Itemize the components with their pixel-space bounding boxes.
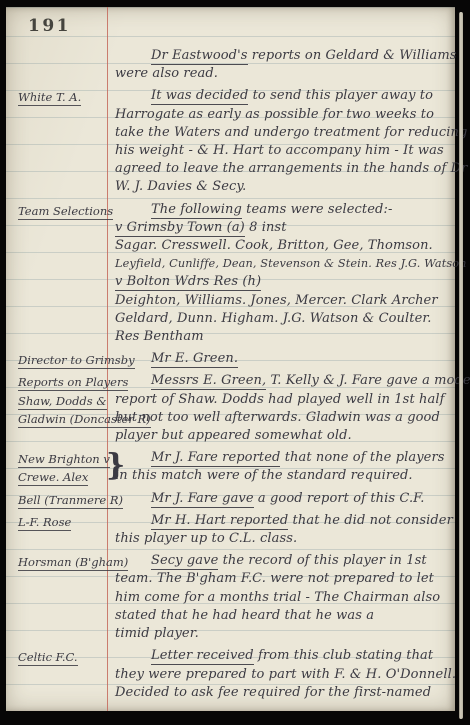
minute-entry: Bell (Tranmere R)Mr J. Fare gave a good … [6,490,455,508]
underlined-phrase: It was decided [151,88,248,105]
line-text: that he did not consider [288,513,453,528]
margin-label-line: Celtic F.C. [18,648,114,666]
underlined-phrase: Secy gave [151,553,218,570]
margin-label-text: Celtic F.C. [18,650,78,666]
handwritten-line: Dr Eastwood's reports on Geldard & Willi… [115,47,451,65]
entry-lines: Mr E. Green. [115,350,451,368]
handwritten-line: were also read. [115,65,451,83]
underlined-phrase: Letter received [151,648,254,665]
minute-entry: Team SelectionsThe following teams were … [6,201,455,347]
line-text: in this match were of the standard requi… [115,468,413,483]
margin-label-line: Team Selections [18,202,114,220]
handwritten-line: take the Waters and undergo treatment fo… [115,124,451,142]
handwritten-line: his weight - & H. Hart to accompany him … [115,142,451,160]
handwritten-line: Leyfield, Cunliffe, Dean, Stevenson & St… [115,255,451,273]
underlined-phrase: Mr H. Hart reported [151,513,288,530]
handwritten-line: v Bolton Wdrs Res (h) [115,273,451,291]
handwritten-line: Mr H. Hart reported that he did not cons… [115,512,451,530]
entry-lines: It was decided to send this player away … [115,87,451,196]
margin-label-line: Bell (Tranmere R) [18,491,114,509]
handwritten-line: him come for a months trial - The Chairm… [115,589,451,607]
margin-label-line: Shaw, Dodds & [18,392,114,410]
underlined-phrase: Mr E. Green. [151,351,238,368]
margin-label-line: New Brighton v [18,450,114,468]
page-number: 191 [28,16,71,36]
margin-label-text: Horsman (B'gham) [18,555,128,571]
handwritten-line: Mr E. Green. [115,350,451,368]
minutes-content: Dr Eastwood's reports on Geldard & Willi… [6,47,455,706]
line-text: stated that he had heard that he was a [115,608,374,623]
handwritten-line: agreed to leave the arrangements in the … [115,160,451,178]
ledger-page: 191 Dr Eastwood's reports on Geldard & W… [6,7,455,711]
margin-label-line: Reports on Players [18,373,114,391]
underlined-phrase: v Grimsby Town (a) [115,220,245,237]
line-text: Sagar. Cresswell. Cook, Britton, Gee, Th… [115,238,433,253]
entry-lines: Letter received from this club stating t… [115,647,451,702]
line-text: team. The B'gham F.C. were not prepared … [115,571,434,586]
underlined-phrase: v Bolton Wdrs Res (h) [115,274,261,291]
underlined-phrase: Mr J. Fare gave [151,491,254,508]
line-text: report of Shaw. Dodds had played well in… [115,392,445,407]
line-text: Res Bentham [115,329,204,344]
entry-lines: Mr J. Fare reported that none of the pla… [115,449,451,485]
line-text: teams were selected:- [242,202,393,217]
handwritten-line: timid player. [115,625,451,643]
margin-label: Team Selections [18,202,114,220]
entry-lines: Messrs E. Green, T. Kelly & J. Fare gave… [115,372,451,445]
handwritten-line: Letter received from this club stating t… [115,647,451,665]
handwritten-line: v Grimsby Town (a) 8 inst [115,219,451,237]
line-text: to send this player away to [248,88,433,103]
handwritten-line: Deighton, Williams. Jones, Mercer. Clark… [115,292,451,310]
line-text: take the Waters and undergo treatment fo… [115,125,467,140]
margin-label-text: White T. A. [18,90,81,106]
minute-entry: Horsman (B'gham)Secy gave the record of … [6,552,455,643]
handwritten-line: this player up to C.L. class. [115,530,451,548]
handwritten-line: Decided to ask fee required for the firs… [115,684,451,702]
line-text: they were prepared to part with F. & H. … [115,667,456,682]
handwritten-line: Secy gave the record of this player in 1… [115,552,451,570]
handwritten-line: in this match were of the standard requi… [115,467,451,485]
underlined-phrase: Mr J. Fare reported [151,450,280,467]
handwritten-line: player but appeared somewhat old. [115,427,451,445]
handwritten-line: Mr J. Fare gave a good report of this C.… [115,490,451,508]
margin-label-text: L-F. Rose [18,515,71,531]
minute-entry: Celtic F.C.Letter received from this clu… [6,647,455,702]
margin-label-text: Bell (Tranmere R) [18,493,123,509]
line-text: but not too well afterwards. Gladwin was… [115,410,440,425]
minute-entry: Director to GrimsbyMr E. Green. [6,350,455,368]
line-text: Geldard, Dunn. Higham. J.G. Watson & Cou… [115,311,432,326]
margin-label-line: L-F. Rose [18,513,114,531]
handwritten-line: Messrs E. Green, T. Kelly & J. Fare gave… [115,372,451,390]
handwritten-line: Res Bentham [115,328,451,346]
line-text: that none of the players [280,450,444,465]
margin-label-text: Team Selections [18,204,113,220]
line-text: reports on Geldard & Williams [248,48,457,63]
margin-label: Horsman (B'gham) [18,553,114,571]
margin-label: White T. A. [18,88,114,106]
handwritten-line: but not too well afterwards. Gladwin was… [115,409,451,427]
margin-label: Bell (Tranmere R) [18,491,114,509]
margin-label: Director to Grimsby [18,351,114,369]
margin-label-text: Shaw, Dodds & [18,394,107,410]
margin-label-line: Crewe. Alex [18,468,114,486]
underlined-phrase: The following [151,202,242,219]
handwritten-line: team. The B'gham F.C. were not prepared … [115,570,451,588]
handwritten-line: stated that he had heard that he was a [115,607,451,625]
entry-lines: Mr J. Fare gave a good report of this C.… [115,490,451,508]
line-text: a good report of this C.F. [254,491,425,506]
line-text: Decided to ask fee required for the firs… [115,685,431,700]
underlined-phrase: Messrs E. Green, [151,373,266,390]
handwritten-line: they were prepared to part with F. & H. … [115,666,451,684]
entry-lines: Dr Eastwood's reports on Geldard & Willi… [115,47,451,83]
line-text: agreed to leave the arrangements in the … [115,161,467,176]
handwritten-line: Geldard, Dunn. Higham. J.G. Watson & Cou… [115,310,451,328]
minute-entry: Reports on PlayersShaw, Dodds &Gladwin (… [6,372,455,445]
margin-label-text: Reports on Players [18,375,128,391]
line-text: his weight - & H. Hart to accompany him … [115,143,444,158]
handwritten-line: W. J. Davies & Secy. [115,178,451,196]
minute-entry: L-F. RoseMr H. Hart reported that he did… [6,512,455,548]
handwritten-line: Sagar. Cresswell. Cook, Britton, Gee, Th… [115,237,451,255]
minute-entry: White T. A.It was decided to send this p… [6,87,455,196]
line-text: timid player. [115,626,199,641]
entry-lines: Secy gave the record of this player in 1… [115,552,451,643]
margin-label-text: Director to Grimsby [18,353,135,369]
handwritten-line: Mr J. Fare reported that none of the pla… [115,449,451,467]
margin-label: Celtic F.C. [18,648,114,666]
line-text: this player up to C.L. class. [115,531,297,546]
line-text: T. Kelly & J. Fare gave a moderate [266,373,470,388]
handwritten-line: It was decided to send this player away … [115,87,451,105]
margin-label: New Brighton vCrewe. Alex [18,450,114,486]
margin-label: Reports on PlayersShaw, Dodds &Gladwin (… [18,373,114,428]
line-text: Harrogate as early as possible for two w… [115,107,434,122]
underlined-phrase: Dr Eastwood's [151,48,248,65]
line-text: W. J. Davies & Secy. [115,179,246,194]
handwritten-line: report of Shaw. Dodds had played well in… [115,391,451,409]
handwritten-line: Harrogate as early as possible for two w… [115,106,451,124]
line-text: the record of this player in 1st [218,553,426,568]
margin-label-line: Director to Grimsby [18,351,114,369]
line-text: Leyfield, Cunliffe, Dean, Stevenson & St… [115,257,467,270]
line-text: from this club stating that [254,648,434,663]
margin-label-line: Horsman (B'gham) [18,553,114,571]
minute-entry: New Brighton vCrewe. Alex}Mr J. Fare rep… [6,449,455,485]
brace-mark: } [106,447,125,485]
line-text: 8 inst [245,220,287,235]
handwritten-line: The following teams were selected:- [115,201,451,219]
margin-label-line: White T. A. [18,88,114,106]
margin-label-line: Gladwin (Doncaster R) [18,410,114,428]
minute-entry: Dr Eastwood's reports on Geldard & Willi… [6,47,455,83]
margin-label-text: Crewe. Alex [18,470,88,486]
book-page-edges [459,12,463,719]
margin-label-text: Gladwin (Doncaster R) [18,412,151,428]
margin-label: L-F. Rose [18,513,114,531]
line-text: Deighton, Williams. Jones, Mercer. Clark… [115,293,438,308]
line-text: player but appeared somewhat old. [115,428,352,443]
margin-label-text: New Brighton v [18,452,110,468]
line-text: were also read. [115,66,218,81]
entry-lines: The following teams were selected:-v Gri… [115,201,451,347]
entry-lines: Mr H. Hart reported that he did not cons… [115,512,451,548]
line-text: him come for a months trial - The Chairm… [115,590,440,605]
